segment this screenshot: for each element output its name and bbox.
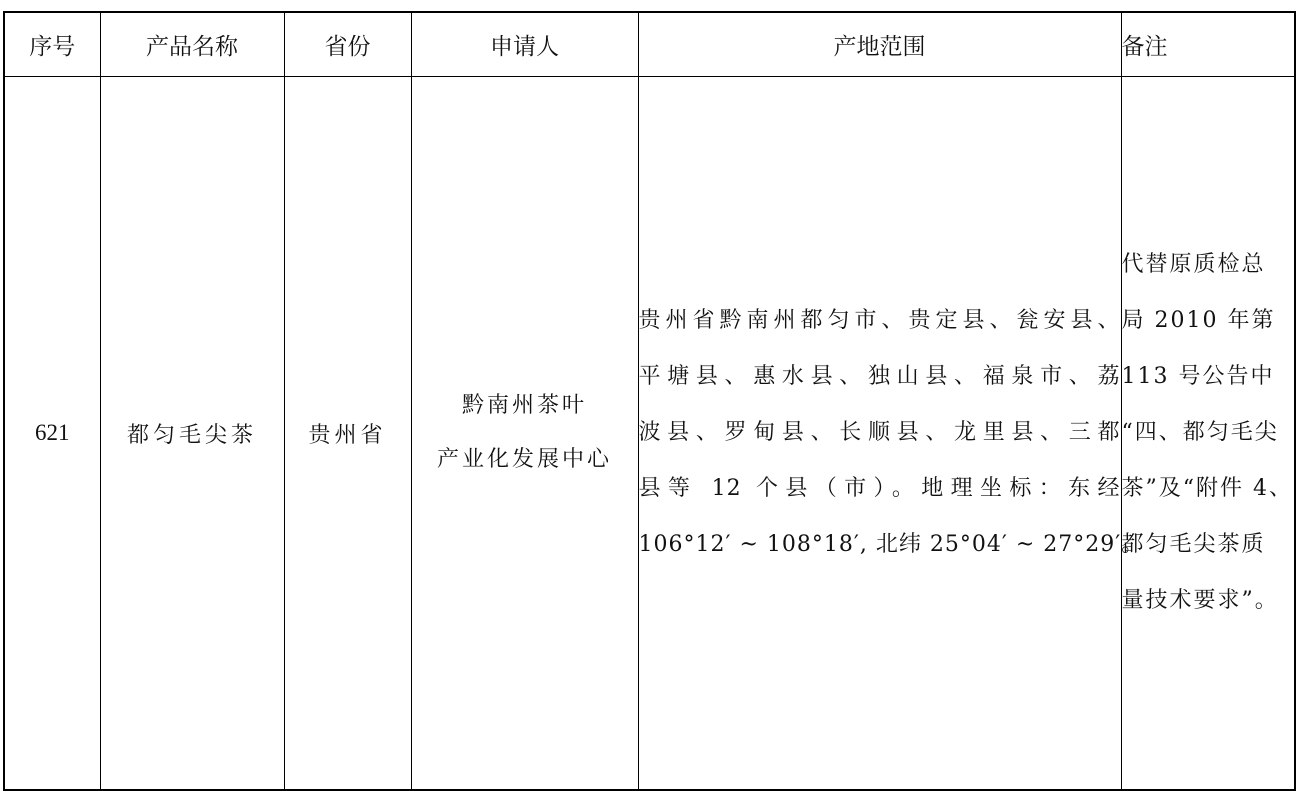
header-province: 省份 bbox=[284, 12, 411, 77]
remarks-line: “四、都匀毛尖 bbox=[1122, 405, 1295, 461]
header-product-name: 产品名称 bbox=[100, 12, 284, 77]
applicant-line: 产业化发展中心 bbox=[412, 433, 638, 487]
origin-line: 波县、罗甸县、长顺县、龙里县、三都 bbox=[639, 405, 1121, 461]
origin-line: 县等 12 个县（市）。地理坐标：东经 bbox=[639, 461, 1121, 517]
applicant-line: 黔南州茶叶 bbox=[412, 379, 638, 433]
origin-line: 106°12′ ~ 108°18′, 北纬 25°04′ ~ 27°29′。 bbox=[639, 517, 1121, 573]
origin-line: 平塘县、惠水县、独山县、福泉市、荔 bbox=[639, 349, 1121, 405]
cell-product-name: 都匀毛尖茶 bbox=[100, 77, 284, 791]
header-remarks: 备注 bbox=[1121, 12, 1295, 77]
header-row: 序号 产品名称 省份 申请人 产地范围 备注 bbox=[4, 12, 1295, 77]
remarks-line: 113 号公告中 bbox=[1122, 349, 1295, 405]
remarks-line: 量技术要求”。 bbox=[1122, 573, 1295, 629]
cell-applicant: 黔南州茶叶 产业化发展中心 bbox=[411, 77, 638, 791]
header-index: 序号 bbox=[4, 12, 100, 77]
cell-index: 621 bbox=[4, 77, 100, 791]
table-row: 621 都匀毛尖茶 贵州省 黔南州茶叶 产业化发展中心 贵州省黔南州都匀市、贵定… bbox=[4, 77, 1295, 791]
header-origin-range: 产地范围 bbox=[638, 12, 1121, 77]
origin-line: 贵州省黔南州都匀市、贵定县、瓮安县、 bbox=[639, 293, 1121, 349]
header-applicant: 申请人 bbox=[411, 12, 638, 77]
remarks-line: 代替原质检总 bbox=[1122, 237, 1295, 293]
product-table: 序号 产品名称 省份 申请人 产地范围 备注 621 都匀毛尖茶 贵州省 黔南州… bbox=[3, 11, 1296, 791]
remarks-line: 局 2010 年第 bbox=[1122, 293, 1295, 349]
remarks-line: 茶”及“附件 4、 bbox=[1122, 461, 1295, 517]
cell-origin-range: 贵州省黔南州都匀市、贵定县、瓮安县、 平塘县、惠水县、独山县、福泉市、荔 波县、… bbox=[638, 77, 1121, 791]
remarks-line: 都匀毛尖茶质 bbox=[1122, 517, 1295, 573]
cell-province: 贵州省 bbox=[284, 77, 411, 791]
cell-remarks: 代替原质检总 局 2010 年第 113 号公告中 “四、都匀毛尖 茶”及“附件… bbox=[1121, 77, 1295, 791]
